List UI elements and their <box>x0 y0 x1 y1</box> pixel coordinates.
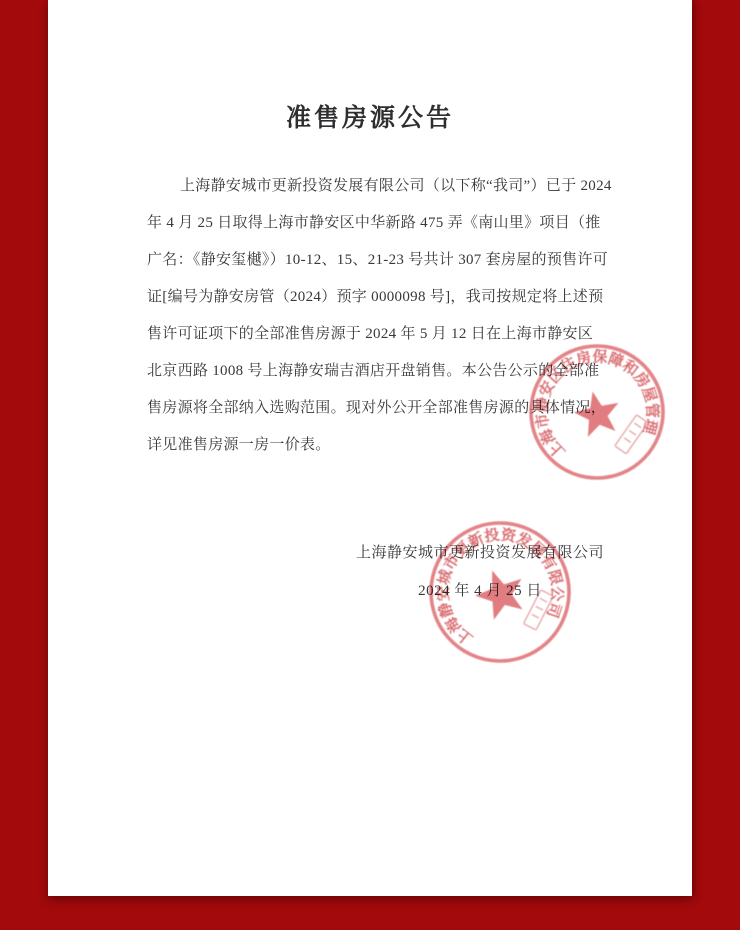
document-page: 准售房源公告 上海静安城市更新投资发展有限公司（以下称“我司”）已于 2024 … <box>48 0 692 896</box>
paragraph-line: 北京西路 1008 号上海静安瑞吉酒店开盘销售。本公告公示的全部准 <box>147 353 597 390</box>
paragraph-line: 售许可证项下的全部准售房源于 2024 年 5 月 12 日在上海市静安区 <box>147 316 597 353</box>
seal-serial-box <box>615 415 648 454</box>
paragraph-line: 广名：《静安玺樾》）10-12、15、21-23 号共计 307 套房屋的预售许… <box>147 242 597 279</box>
paragraph-line: 证[编号为静安房管（2024）预字 0000098 号]，我司按规定将上述预 <box>147 279 597 316</box>
paragraph-line: 售房源将全部纳入选购范围。现对外公开全部准售房源的具体情况， <box>147 390 597 427</box>
signature-block: 上海静安城市更新投资发展有限公司 2024 年 4 月 25 日 <box>320 534 640 610</box>
signature-date: 2024 年 4 月 25 日 <box>320 572 640 610</box>
signature-company-name: 上海静安城市更新投资发展有限公司 <box>320 534 640 572</box>
paragraph-line: 详见准售房源一房一价表。 <box>147 427 597 464</box>
document-title: 准售房源公告 <box>48 98 692 134</box>
paragraph-line: 年 4 月 25 日取得上海市静安区中华新路 475 弄《南山里》项目（推 <box>147 205 597 242</box>
announcement-paragraph: 上海静安城市更新投资发展有限公司（以下称“我司”）已于 2024 年 4 月 2… <box>147 168 597 464</box>
paragraph-line: 上海静安城市更新投资发展有限公司（以下称“我司”）已于 2024 <box>147 168 597 205</box>
